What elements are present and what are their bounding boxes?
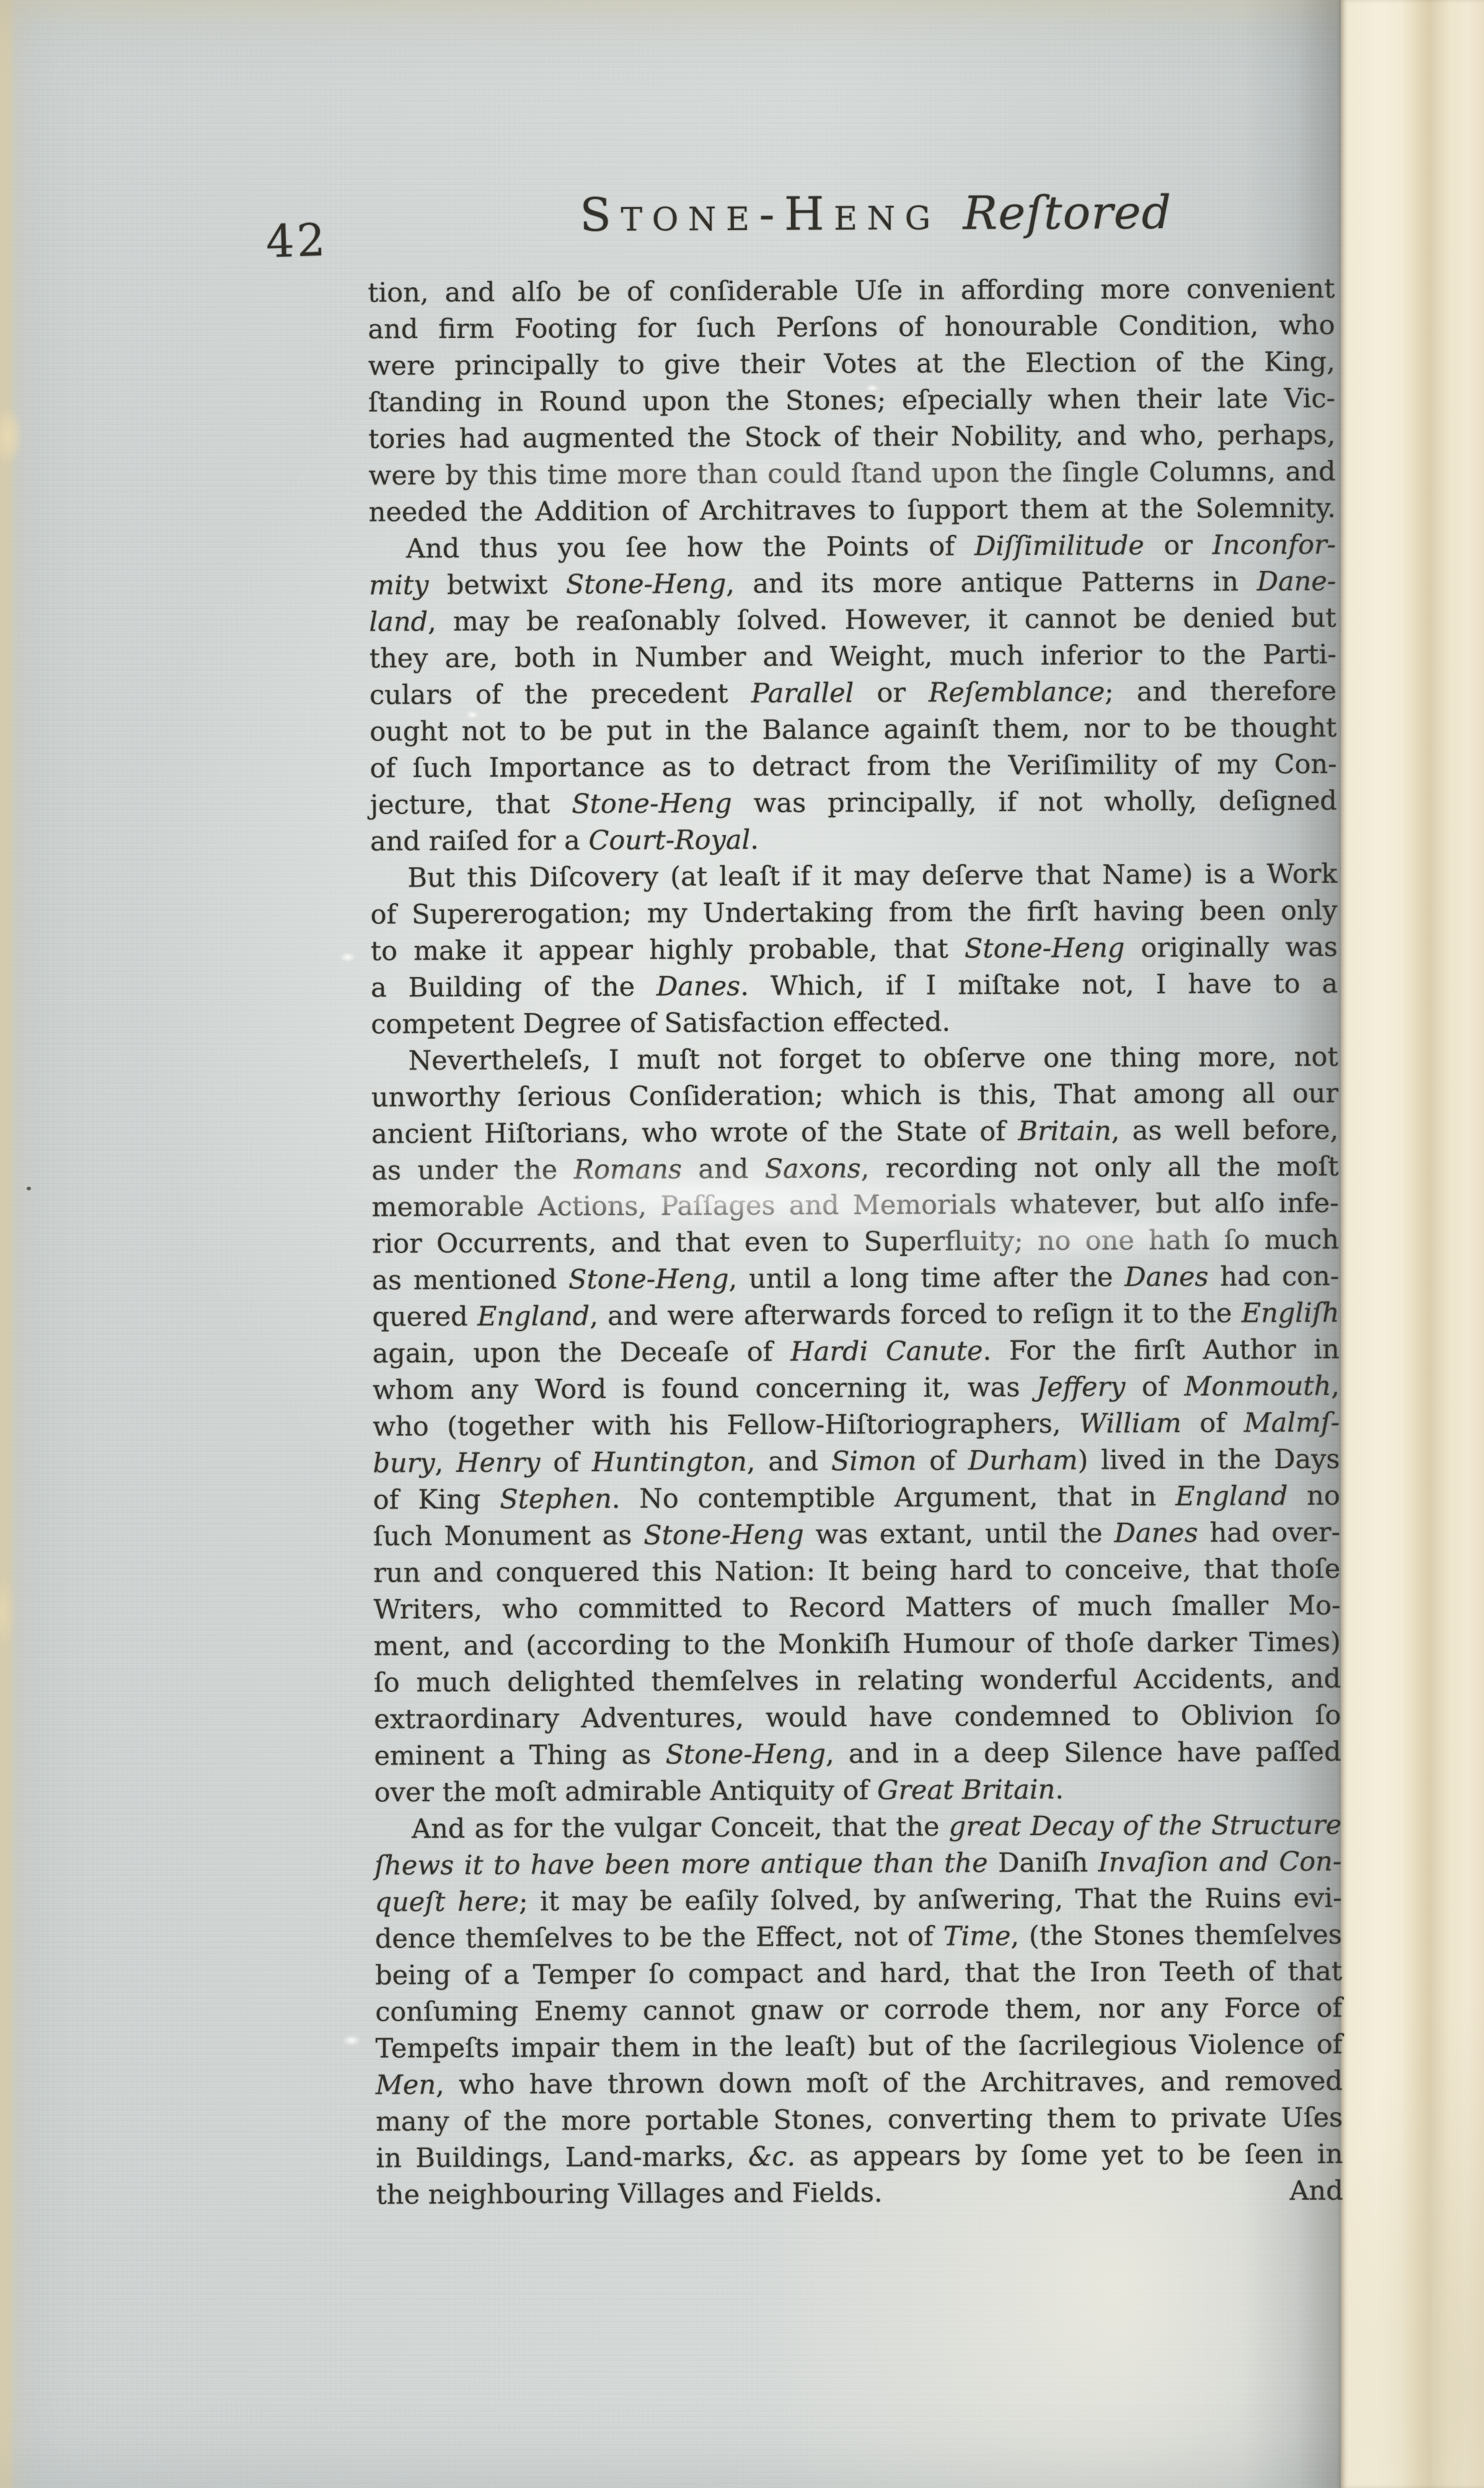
text-line: of ſuch Importance as to detract from th… (370, 746, 1337, 787)
text-run-italic: Monmouth (1184, 1371, 1331, 1402)
text-run: Daniſh (998, 1848, 1098, 1879)
text-line: they are, both in Number and Weight, muc… (369, 637, 1336, 678)
text-line: Men, who have thrown down moſt of the Ar… (376, 2063, 1343, 2104)
text-line: were by this time more than could ſtand … (368, 454, 1335, 495)
text-run: tories had augmented the Stock of their … (368, 420, 1335, 455)
text-run: of (540, 1447, 592, 1478)
text-run: ancient Hiſtorians, who wrote of the Sta… (371, 1116, 1018, 1150)
text-run: quered (372, 1301, 477, 1333)
page-content: 42 Stone-Heng Reſtored tion, and alſo be… (0, 0, 1484, 2488)
text-run: Tempeſts impair them in the leaſt) but o… (376, 2029, 1343, 2065)
text-run: unworthy ſerious Conſideration; which is… (371, 1078, 1338, 1113)
text-run: the neighbouring Villages and Fields. (376, 2177, 883, 2211)
running-head-subtitle: Reſtored (963, 186, 1172, 240)
text-line: conſuming Enemy cannot gnaw or corrode t… (375, 1990, 1342, 2031)
text-line: whom any Word is found concerning it, wa… (373, 1368, 1340, 1409)
text-run: and raiſed for a (370, 825, 589, 857)
text-run: had over- (1198, 1517, 1341, 1549)
text-run: or (1144, 530, 1212, 561)
text-run: jecture, that (370, 789, 572, 820)
text-line: in Buildings, Land-marks, &c. as appears… (376, 2136, 1343, 2177)
text-line: ought not to be put in the Balance again… (369, 710, 1336, 751)
text-run: of (1181, 1407, 1244, 1438)
text-run-italic: Henry (456, 1447, 541, 1479)
paragraph: tion, and alſo be of conſiderable Uſe in… (368, 271, 1336, 531)
text-run: , and (747, 1446, 831, 1477)
text-line: as under the Romans and Saxons, recordin… (371, 1149, 1338, 1190)
text-run: again, upon the Deceaſe of (373, 1337, 791, 1370)
text-run-italic: Great Britain (877, 1774, 1055, 1806)
text-line: culars of the precedent Parallel or Reſe… (369, 673, 1336, 714)
text-run: ; and therefore (1105, 676, 1336, 708)
text-line: extraordinary Adventures, would have con… (374, 1698, 1341, 1738)
text-line: of Supererogation; my Undertaking from t… (371, 893, 1338, 934)
text-run-italic: Inconfor- (1212, 529, 1336, 561)
text-line: the neighbouring Villages and Fields.And (376, 2173, 1343, 2214)
text-line: being of a Temper ſo compact and hard, t… (375, 1954, 1342, 1994)
text-run-italic: Hardi Canute (790, 1335, 983, 1367)
text-run: dence themſelves to be the Effect, not o… (375, 1921, 943, 1955)
text-run: ſo much delighted themſelves in relating… (374, 1663, 1341, 1699)
text-line: many of the more portable Stones, conver… (376, 2100, 1343, 2141)
text-run: memorable Actions, Paſſages and Memorial… (372, 1188, 1339, 1223)
text-run: . Which, if I miſtake not, I have to a (740, 968, 1338, 1002)
text-line: who (together with his Fellow-Hiſtoriogr… (373, 1405, 1340, 1446)
text-run: of (916, 1445, 968, 1476)
text-line: eminent a Thing as Stone-Heng, and in a … (374, 1734, 1341, 1775)
text-run: ſuch Monument as (373, 1520, 643, 1552)
text-run-italic: land (369, 606, 428, 637)
text-line: And thus you ſee how the Points of Diſſi… (369, 527, 1336, 568)
text-run: ; it may be eaſily ſolved, by anſwering,… (519, 1883, 1342, 1918)
text-run-italic: Saxons (765, 1153, 861, 1185)
text-line: run and conquered this Nation: It being … (373, 1551, 1340, 1592)
text-run: run and conquered this Nation: It being … (373, 1554, 1340, 1589)
text-run: conſuming Enemy cannot gnaw or corrode t… (375, 1993, 1342, 2028)
text-run: , recording not only all the moſt (861, 1151, 1339, 1184)
text-run: originally was (1124, 932, 1338, 963)
page-number: 42 (265, 218, 329, 264)
text-run: betwixt (428, 569, 566, 601)
text-line: ſtanding in Round upon the Stones; eſpec… (368, 381, 1335, 422)
text-run: was extant, until the (804, 1518, 1115, 1550)
text-run: many of the more portable Stones, conver… (376, 2102, 1343, 2138)
text-run-italic: Danes (656, 971, 741, 1003)
text-run: . (750, 825, 759, 856)
text-run-italic: Stone-Heng (965, 932, 1125, 964)
text-run-italic: Huntington (592, 1446, 747, 1478)
text-run: or (854, 678, 929, 709)
text-line: jecture, that Stone-Heng was principally… (370, 783, 1337, 824)
text-line: as mentioned Stone-Heng, until a long ti… (372, 1259, 1339, 1299)
text-line: of King Stephen. No contemptible Argumen… (373, 1478, 1340, 1519)
text-run: was principally, if not wholly, deſigned (732, 786, 1337, 819)
text-run: were by this time more than could ſtand … (368, 456, 1335, 492)
text-run-italic: Jeffery (1036, 1371, 1126, 1403)
text-run: of ſuch Importance as to detract from th… (370, 749, 1337, 784)
text-run: But this Diſcovery (at leaſt if it may d… (407, 859, 1337, 894)
text-run-italic: Diſſimilitude (974, 530, 1144, 562)
paragraph: But this Diſcovery (at leaſt if it may d… (370, 856, 1338, 1043)
text-run: , (435, 1448, 457, 1479)
text-run: in Buildings, Land-marks, (376, 2141, 748, 2174)
text-run: competent Degree of Satisfaction effecte… (371, 1007, 950, 1040)
text-line: queſt here; it may be eaſily ſolved, by … (375, 1880, 1342, 1921)
text-line: tion, and alſo be of conſiderable Uſe in… (368, 271, 1335, 312)
text-run-italic: Stone-Heng (666, 1738, 826, 1770)
paragraph: And thus you ſee how the Points of Diſſi… (369, 527, 1337, 861)
text-run: were principally to give their Votes at … (368, 347, 1335, 382)
text-run-italic: Simon (831, 1446, 917, 1477)
text-line: bury, Henry of Huntington, and Simon of … (373, 1441, 1340, 1482)
text-run-italic: Stephen (500, 1484, 612, 1515)
text-run: , and in a deep Silence have paſſed (826, 1737, 1341, 1770)
text-run: , until a long time after the (728, 1262, 1124, 1295)
text-line: needed the Addition of Architraves to ſu… (369, 490, 1336, 531)
text-line: were principally to give their Votes at … (368, 344, 1335, 385)
text-run: , who have thrown down moſt of the Archi… (436, 2066, 1343, 2101)
text-run: rior Occurrents, and that even to Superf… (372, 1224, 1339, 1260)
text-line: ſhews it to have been more antique than … (374, 1844, 1341, 1885)
text-line: competent Degree of Satisfaction effecte… (371, 1003, 1338, 1043)
text-run: ) lived in the Days (1078, 1444, 1340, 1476)
text-line: Writers, who committed to Record Matters… (373, 1588, 1340, 1629)
text-line: memorable Actions, Paſſages and Memorial… (372, 1185, 1339, 1226)
catchword: And (1289, 2173, 1343, 2210)
text-run-italic: bury (373, 1448, 435, 1479)
text-run-italic: Stone-Heng (568, 1264, 729, 1295)
text-line: quered England, and were afterwards forc… (372, 1295, 1339, 1336)
text-run-italic: Court-Royal (588, 825, 750, 856)
text-run-italic: great Decay of the Structure (949, 1810, 1342, 1843)
text-run: . For the firſt Author in (983, 1334, 1339, 1367)
text-run: , and were afterwards forced to reſign i… (590, 1298, 1242, 1332)
text-run: , (1331, 1371, 1340, 1402)
text-run: and firm Footing for ſuch Perſons of hon… (368, 310, 1335, 345)
text-run: ment, and (according to the Monkiſh Humo… (374, 1627, 1341, 1662)
text-line: over the moſt admirable Antiquity of Gre… (374, 1771, 1341, 1812)
text-line: Tempeſts impair them in the leaſt) but o… (376, 2027, 1343, 2068)
text-line: rior Occurrents, and that even to Superf… (372, 1222, 1339, 1263)
text-line: tories had augmented the Stock of their … (368, 417, 1335, 458)
text-line: a Building of the Danes. Which, if I miſ… (371, 966, 1338, 1007)
text-run-italic: Stone-Heng (572, 788, 732, 820)
text-run: . No contemptible Argument, that in (612, 1481, 1176, 1515)
text-run: as under the (371, 1154, 573, 1186)
text-run: of King (373, 1484, 500, 1516)
text-run: tion, and alſo be of conſiderable Uſe in… (368, 273, 1335, 309)
text-run-italic: mity (369, 570, 428, 601)
text-line: again, upon the Deceaſe of Hardi Canute.… (373, 1332, 1340, 1373)
text-run-italic: Men (376, 2070, 436, 2101)
running-head-title: Stone-Heng (580, 187, 940, 242)
paragraph: Nevertheleſs, I muſt not forget to obſer… (371, 1039, 1341, 1812)
text-run: to make it appear highly probable, that (371, 933, 965, 967)
text-run: ought not to be put in the Balance again… (369, 712, 1336, 748)
text-run: whom any Word is found concerning it, wa… (373, 1372, 1036, 1406)
text-run-italic: Malmſ- (1244, 1407, 1340, 1439)
text-line: unworthy ſerious Conſideration; which is… (371, 1076, 1338, 1117)
text-run: over the moſt admirable Antiquity of (374, 1775, 877, 1808)
text-run: who (together with his Fellow-Hiſtoriogr… (373, 1409, 1079, 1443)
text-line: ancient Hiſtorians, who wrote of the Sta… (371, 1112, 1338, 1153)
text-line: to make it appear highly probable, that … (371, 929, 1338, 970)
text-run-italic: Romans (574, 1154, 682, 1185)
text-run-italic: Danes (1114, 1518, 1198, 1549)
text-run-italic: Stone-Heng (643, 1520, 804, 1551)
text-run: Nevertheleſs, I muſt not forget to obſer… (409, 1042, 1338, 1077)
text-run: of Supererogation; my Undertaking from t… (371, 895, 1338, 931)
text-line: Nevertheleſs, I muſt not forget to obſer… (371, 1039, 1338, 1080)
text-run: no (1287, 1481, 1340, 1512)
text-run-italic: Dane- (1257, 566, 1336, 598)
text-run-italic: William (1079, 1408, 1181, 1440)
text-run: being of a Temper ſo compact and hard, t… (375, 1956, 1342, 1991)
text-run: of (1125, 1371, 1184, 1402)
text-line: ſo much delighted themſelves in relating… (374, 1661, 1341, 1702)
text-run: , may be reaſonably ſolved. However, it … (428, 603, 1336, 637)
text-run: eminent a Thing as (374, 1740, 665, 1772)
text-run: , (the Stones themſelves (1010, 1919, 1342, 1952)
text-line: And as for the vulgar Conceit, that the … (374, 1807, 1341, 1848)
text-run: , and its more antique Patterns in (726, 566, 1257, 600)
text-run-italic: Durham (968, 1445, 1078, 1477)
text-run-italic: Engliſh (1242, 1298, 1340, 1329)
running-head: Stone-Heng Reſtored (392, 189, 1359, 239)
text-line: and firm Footing for ſuch Perſons of hon… (368, 308, 1335, 348)
text-line: land, may be reaſonably ſolved. However,… (369, 600, 1336, 641)
text-run: , as well before, (1111, 1115, 1339, 1147)
text-run-italic: Danes (1124, 1262, 1209, 1293)
text-run: needed the Addition of Architraves to ſu… (369, 493, 1336, 528)
text-line: mity betwixt Stone-Heng, and its more an… (369, 564, 1336, 604)
text-run: as mentioned (372, 1264, 568, 1296)
text-run: Writers, who committed to Record Matters… (373, 1590, 1340, 1626)
text-run: And thus you ſee how the Points of (406, 531, 974, 564)
body-text: tion, and alſo be of conſiderable Uſe in… (368, 271, 1343, 2214)
text-run: . (1055, 1774, 1064, 1805)
text-run-italic: Britain (1018, 1115, 1111, 1147)
text-run-italic: ſhews it to have been more antique than … (374, 1848, 998, 1881)
text-run-italic: England (1175, 1481, 1287, 1512)
text-run-italic: queſt here (375, 1887, 519, 1918)
text-run: had con- (1208, 1261, 1339, 1293)
text-run-italic: Time (943, 1921, 1011, 1952)
paragraph: And as for the vulgar Conceit, that the … (374, 1807, 1343, 2214)
book-page-scan: 42 Stone-Heng Reſtored tion, and alſo be… (0, 0, 1484, 2488)
text-run: as appears by ſome yet to be ſeen in (795, 2139, 1343, 2172)
text-run-italic: &c. (748, 2141, 795, 2172)
text-run: a Building of the (371, 972, 656, 1004)
text-run-italic: Parallel (751, 678, 854, 709)
text-line: But this Diſcovery (at leaſt if it may d… (370, 856, 1337, 897)
text-run-italic: Reſemblance (929, 676, 1105, 708)
text-run: culars of the precedent (369, 678, 751, 711)
text-run-italic: Stone-Heng (566, 569, 727, 600)
text-line: dence themſelves to be the Effect, not o… (375, 1917, 1342, 1958)
text-line: ſuch Monument as Stone-Heng was extant, … (373, 1515, 1340, 1556)
text-line: ment, and (according to the Monkiſh Humo… (374, 1624, 1341, 1665)
text-run: ſtanding in Round upon the Stones; eſpec… (368, 383, 1335, 418)
text-line: and raiſed for a Court-Royal. (370, 820, 1337, 861)
text-run: they are, both in Number and Weight, muc… (369, 639, 1336, 675)
text-run: And as for the vulgar Conceit, that the (412, 1812, 949, 1845)
text-run: extraordinary Adventures, would have con… (374, 1700, 1341, 1735)
text-run-italic: England (477, 1301, 590, 1332)
text-run: and (682, 1154, 765, 1185)
text-run-italic: Invaſion and Con- (1098, 1846, 1342, 1879)
